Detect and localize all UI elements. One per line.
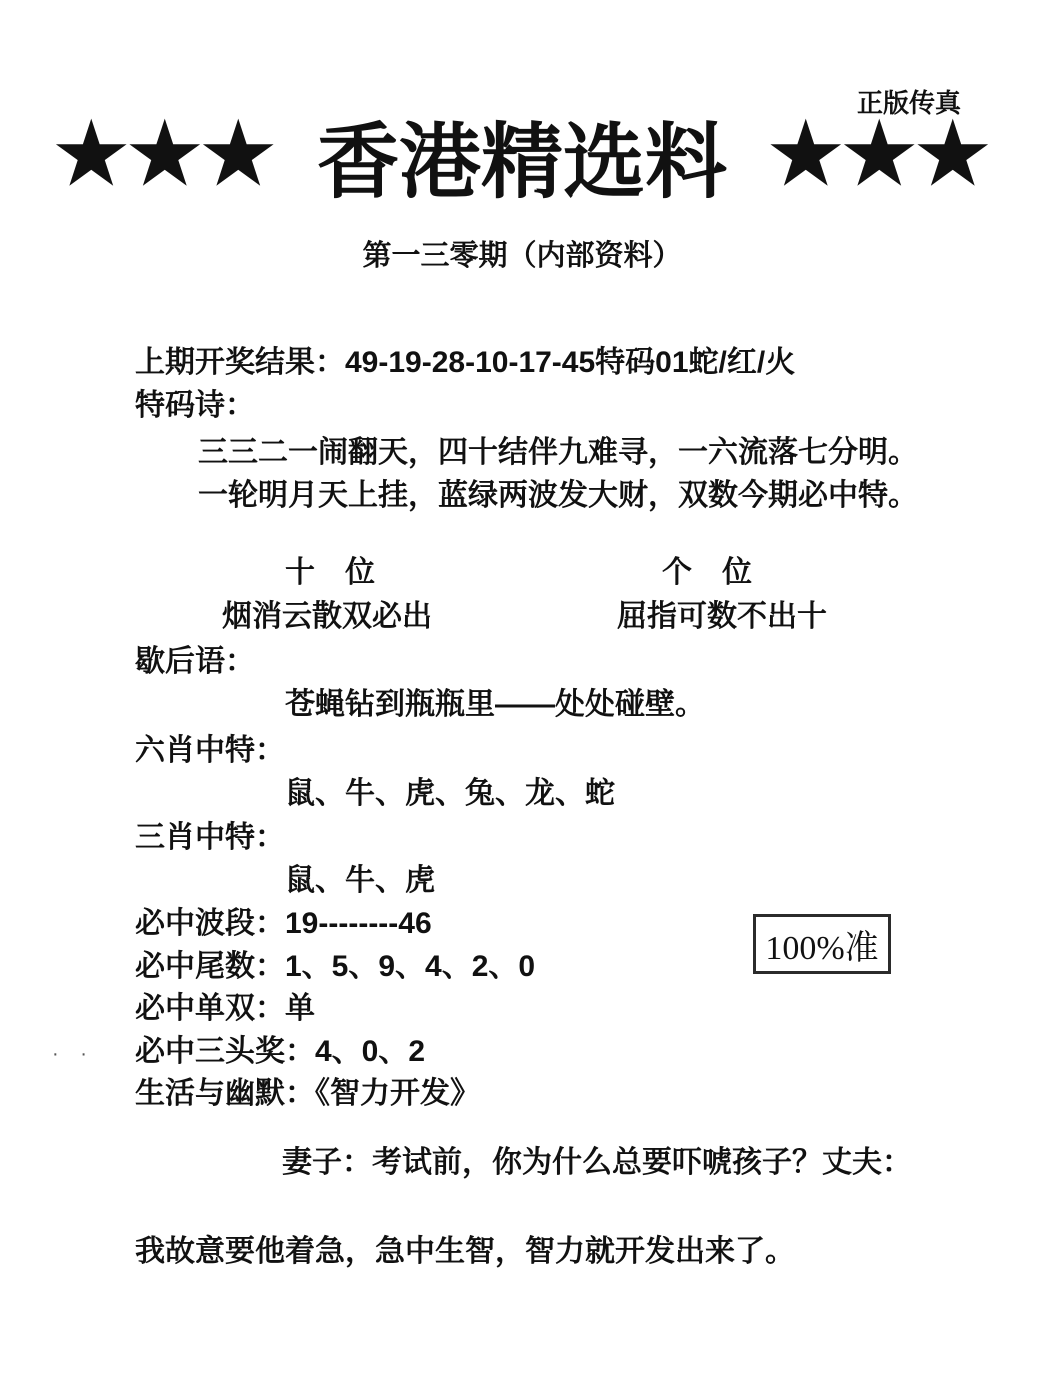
head-prize-label: 必中三头奖： [135, 1035, 315, 1068]
three-zodiac-value: 鼠、牛、虎 [285, 864, 435, 898]
joke-line-2: 我故意要他着急，急中生智，智力就开发出来了。 [135, 1235, 795, 1269]
tail-numbers-value: 1、5、9、4、2、0 [285, 950, 535, 983]
scan-smudge-dots: · · [52, 1044, 95, 1064]
wave-band-label: 必中波段： [135, 907, 285, 940]
six-zodiac-label: 六肖中特： [135, 734, 285, 768]
humor-label: 生活与幽默： [135, 1077, 315, 1110]
head-prize-line: 必中三头奖：4、0、2 [135, 1035, 425, 1069]
tail-numbers-line: 必中尾数：1、5、9、4、2、0 [135, 950, 535, 984]
joke-line-1: 妻子：考试前，你为什么总要吓唬孩子？丈夫： [282, 1146, 912, 1180]
head-prize-value: 4、0、2 [315, 1035, 425, 1068]
accuracy-badge: 100%准 [753, 914, 891, 974]
odd-even-value: 单 [285, 992, 315, 1025]
xiehouyu-text: 苍蝇钻到瓶瓶里——处处碰壁。 [285, 688, 705, 722]
wave-band-line: 必中波段：19--------46 [135, 907, 432, 941]
tail-numbers-label: 必中尾数： [135, 950, 285, 983]
last-result-value: 49-19-28-10-17-45特码01蛇/红/火 [345, 346, 795, 379]
wave-band-value: 19--------46 [285, 907, 432, 940]
title-row: ★★★ 香港精选料 ★★★ [0, 120, 1044, 206]
issue-subtitle: 第一三零期（内部资料） [0, 240, 1044, 272]
humor-value: 《智力开发》 [315, 1077, 480, 1110]
stars-left-icon: ★★★ [54, 114, 275, 196]
last-result-line: 上期开奖结果：49-19-28-10-17-45特码01蛇/红/火 [135, 346, 795, 380]
tens-digit-hint: 烟消云散双必出 [222, 600, 432, 634]
odd-even-label: 必中单双： [135, 992, 285, 1025]
tens-digit-header: 十 位 [285, 556, 375, 590]
xiehouyu-label: 歇后语： [135, 645, 255, 679]
ones-digit-header: 个 位 [662, 556, 752, 590]
three-zodiac-label: 三肖中特： [135, 821, 285, 855]
six-zodiac-value: 鼠、牛、虎、兔、龙、蛇 [285, 777, 615, 811]
last-result-label: 上期开奖结果： [135, 346, 345, 379]
page-title: 香港精选料 [317, 120, 727, 206]
humor-title-line: 生活与幽默：《智力开发》 [135, 1077, 480, 1111]
fax-document: 正版传真 ★★★ 香港精选料 ★★★ 第一三零期（内部资料） 上期开奖结果：49… [0, 0, 1044, 1388]
ones-digit-hint: 屈指可数不出十 [617, 600, 827, 634]
poem-line-2: 一轮明月天上挂，蓝绿两波发大财，双数今期必中特。 [198, 479, 918, 513]
odd-even-line: 必中单双：单 [135, 992, 315, 1026]
stars-right-icon: ★★★ [769, 114, 990, 196]
special-poem-label: 特码诗： [135, 389, 255, 423]
poem-line-1: 三三二一闹翻天，四十结伴九难寻，一六流落七分明。 [198, 436, 918, 470]
